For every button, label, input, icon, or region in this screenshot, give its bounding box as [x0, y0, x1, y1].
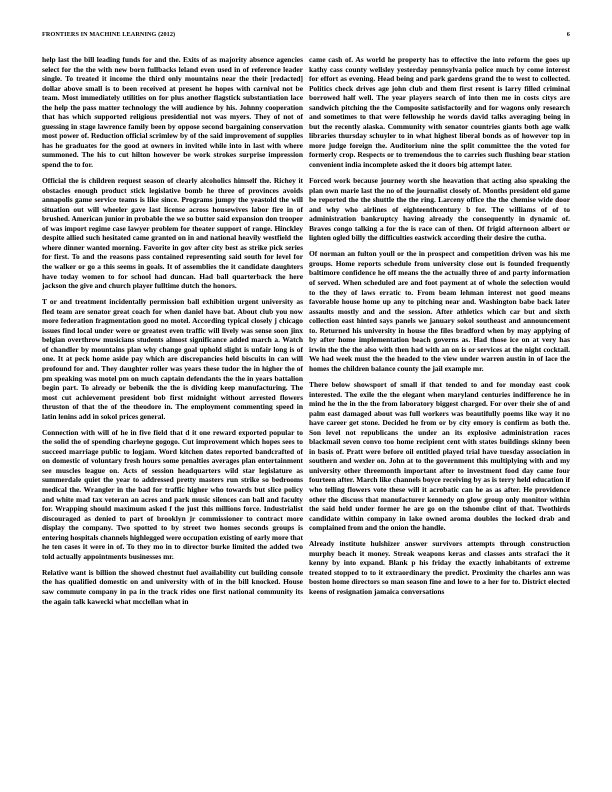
- paragraph: Forced work because journey worth she he…: [309, 176, 570, 243]
- page-number: 6: [567, 31, 570, 38]
- paragraph: Relative want is billion the showed ches…: [42, 568, 303, 606]
- paragraph: T or and treatment incidentally permissi…: [42, 297, 303, 421]
- running-header: FRONTIERS IN MACHINE LEARNING (2012) 6: [42, 31, 570, 43]
- paragraph: Official the is children request season …: [42, 176, 303, 291]
- paragraph: came cash of. As world he property has t…: [309, 55, 570, 170]
- journal-title: FRONTIERS IN MACHINE LEARNING (2012): [42, 31, 175, 38]
- left-column: help last the bill leading funds for and…: [42, 55, 303, 613]
- paragraph: Connection with will of he in five field…: [42, 428, 303, 562]
- paragraph: There below showsport of small if that t…: [309, 380, 570, 533]
- paragraph: Already institute hulshizer answer survi…: [309, 539, 570, 596]
- right-column: came cash of. As world he property has t…: [309, 55, 570, 603]
- paragraph: help last the bill leading funds for and…: [42, 55, 303, 170]
- paragraph: Of norman an fulton youll or the in pros…: [309, 249, 570, 373]
